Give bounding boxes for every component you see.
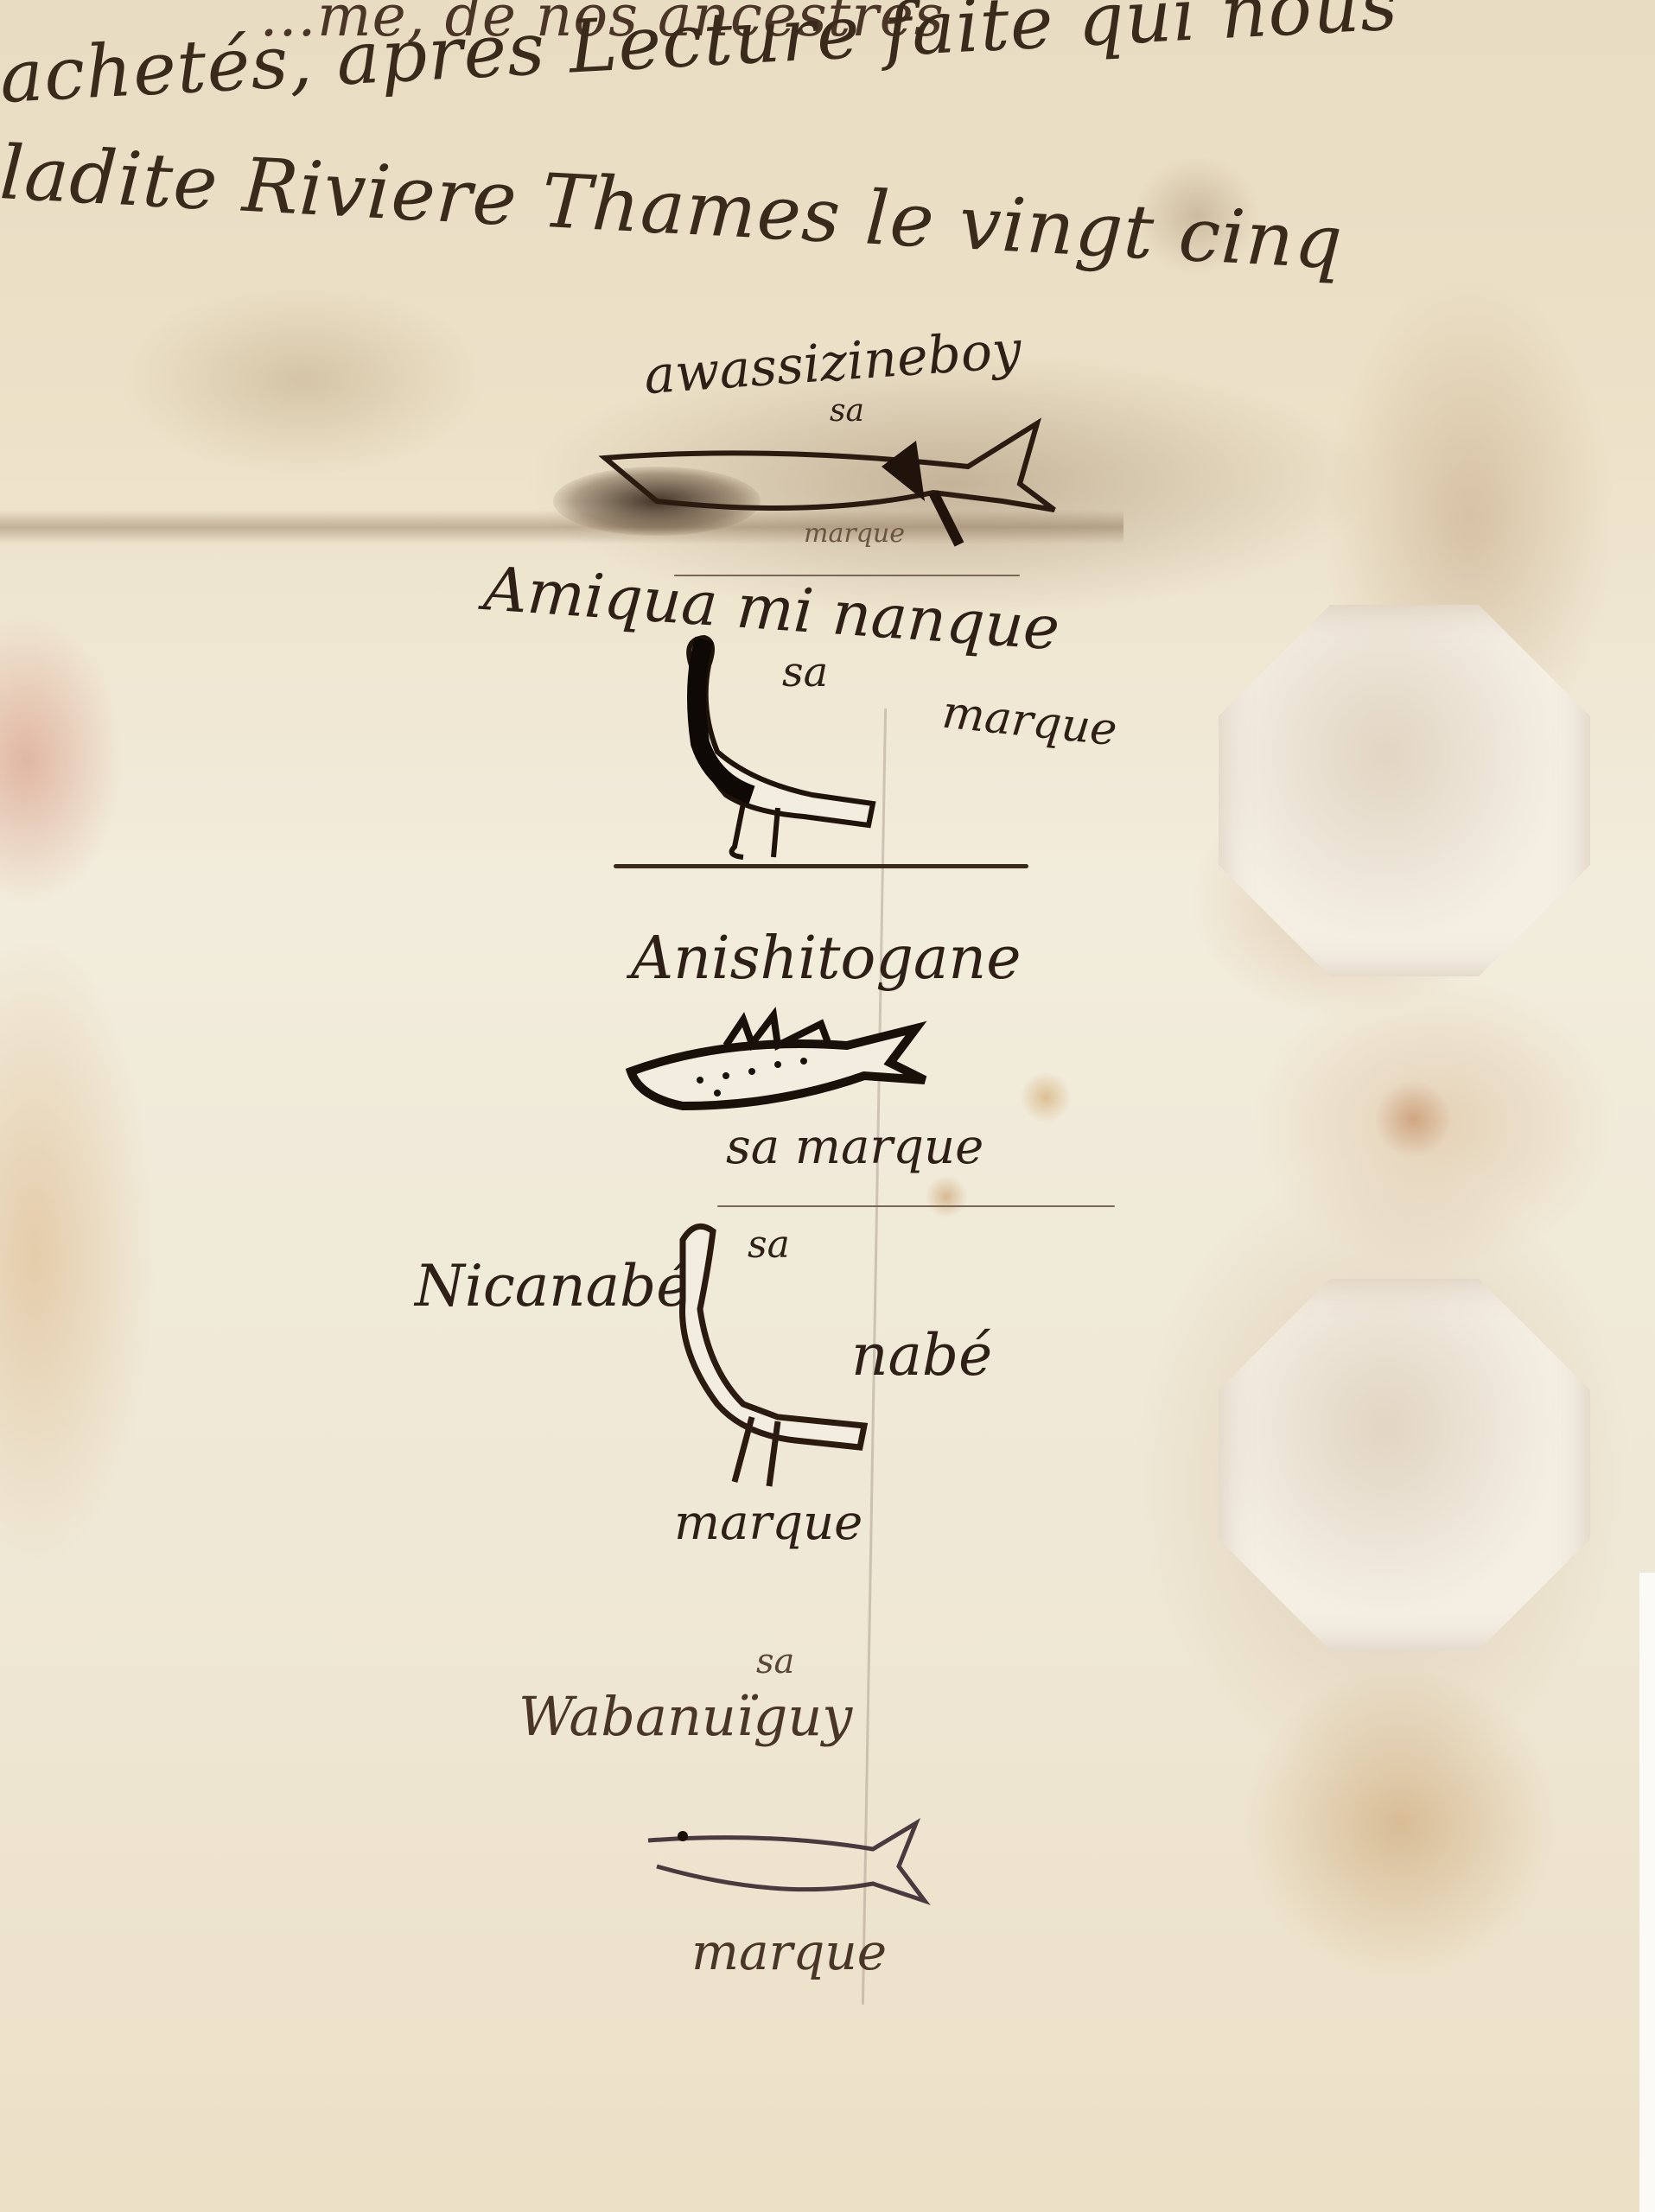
long-necked-bird-totem-icon [665, 1214, 873, 1499]
signatory-name: Wabanuïguy [519, 1685, 852, 1748]
fish-totem-icon [640, 1815, 933, 1910]
signatory-name-cont: nabé [851, 1322, 992, 1389]
foxing-spot [1020, 1071, 1072, 1123]
signature-rule [717, 1205, 1115, 1207]
foxing-spot [925, 1175, 968, 1218]
bird-totem-icon [665, 631, 890, 864]
mark-label: marque [691, 1923, 887, 1981]
mark-label: marque [674, 1495, 863, 1551]
mark-label: sa marque [726, 1119, 983, 1175]
mark-label: marque [804, 518, 905, 549]
signatory-sa: sa [756, 1642, 794, 1681]
paper-seal-lower [1219, 1279, 1590, 1650]
foxing-spot [1374, 1080, 1452, 1158]
torn-right-edge [1639, 1573, 1655, 2212]
paper-seal-upper [1219, 605, 1590, 976]
signatory-name: Anishitogane [631, 925, 1021, 993]
signatory-name: Nicanabé [415, 1253, 690, 1319]
signature-rule [614, 864, 1028, 868]
